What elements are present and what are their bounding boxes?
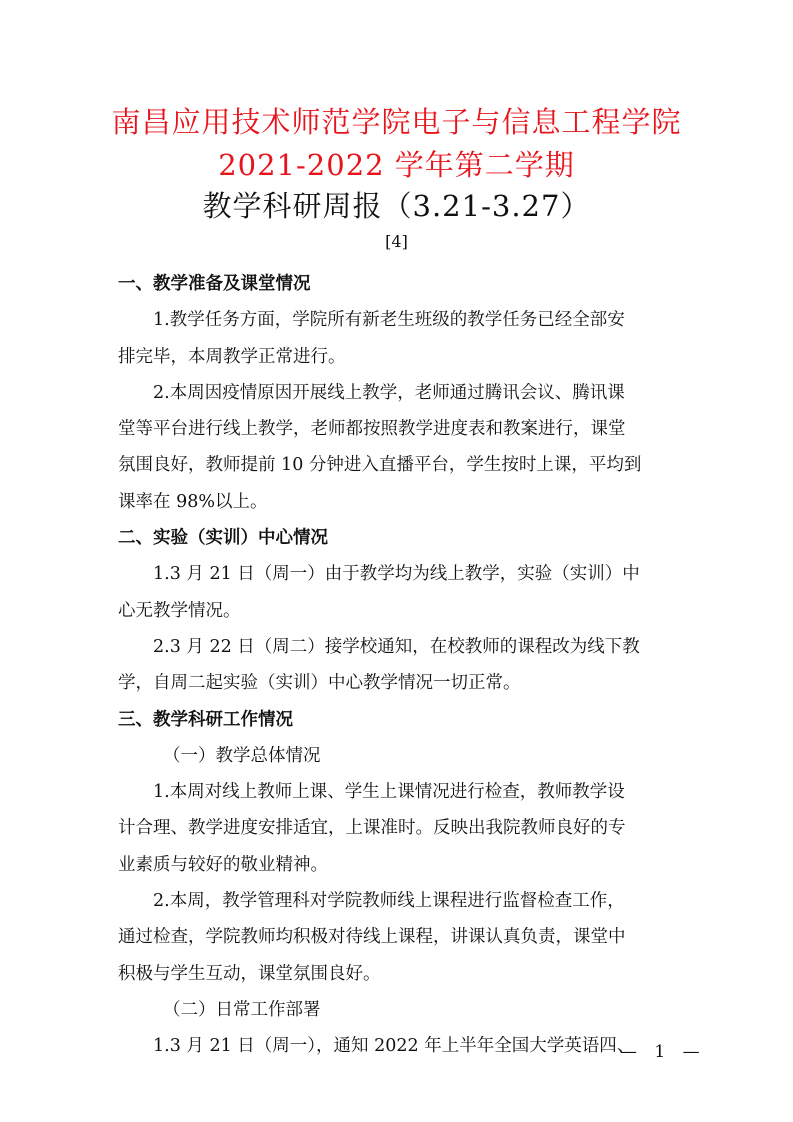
paragraph-line: 课率在 98%以上。 [118, 484, 674, 520]
paragraph-line: 2.本周因疫情原因开展线上教学，老师通过腾讯会议、腾讯课 [118, 375, 674, 411]
section-heading: 二、实验（实训）中心情况 [118, 520, 674, 556]
section-heading: 三、教学科研工作情况 [118, 702, 674, 738]
paragraph-line: 1.教学任务方面，学院所有新老生班级的教学任务已经全部安 [118, 302, 674, 338]
paragraph-line: 1.3 月 21 日（周一）由于教学均为线上教学，实验（实训）中 [118, 556, 674, 592]
subsection-heading: （二）日常工作部署 [118, 992, 674, 1028]
paragraph-line: 心无教学情况。 [118, 593, 674, 629]
paragraph-line: 堂等平台进行线上教学，老师都按照教学进度表和教案进行，课堂 [118, 411, 674, 447]
subsection-heading: （一）教学总体情况 [118, 738, 674, 774]
paragraph-line: 学，自周二起实验（实训）中心教学情况一切正常。 [118, 665, 674, 701]
paragraph-line: 2.3 月 22 日（周二）接学校通知，在校教师的课程改为线下教 [118, 629, 674, 665]
paragraph-line: 1.3 月 21 日（周一），通知 2022 年上半年全国大学英语四、 [118, 1028, 674, 1064]
org-title: 南昌应用技术师范学院电子与信息工程学院 [0, 100, 793, 141]
report-title: 教学科研周报（3.21-3.27） [0, 184, 793, 225]
paragraph-line: 排完毕，本周教学正常进行。 [118, 339, 674, 375]
document-body: 一、教学准备及课堂情况 1.教学任务方面，学院所有新老生班级的教学任务已经全部安… [118, 266, 674, 1065]
paragraph-line: 计合理、教学进度安排适宜，上课准时。反映出我院教师良好的专 [118, 810, 674, 846]
paragraph-line: 通过检查，学院教师均积极对待线上课程，讲课认真负责，课堂中 [118, 919, 674, 955]
paragraph-line: 2.本周，教学管理科对学院教师线上课程进行监督检查工作， [118, 883, 674, 919]
issue-number: [4] [0, 232, 793, 251]
paragraph-line: 积极与学生互动，课堂氛围良好。 [118, 956, 674, 992]
paragraph-line: 业素质与较好的敬业精神。 [118, 847, 674, 883]
section-heading: 一、教学准备及课堂情况 [118, 266, 674, 302]
page-number: — 1 — [620, 1042, 706, 1062]
term-title: 2021-2022 学年第二学期 [0, 143, 793, 184]
paragraph-line: 1.本周对线上教师上课、学生上课情况进行检查，教师教学设 [118, 774, 674, 810]
paragraph-line: 氛围良好，教师提前 10 分钟进入直播平台，学生按时上课，平均到 [118, 447, 674, 483]
